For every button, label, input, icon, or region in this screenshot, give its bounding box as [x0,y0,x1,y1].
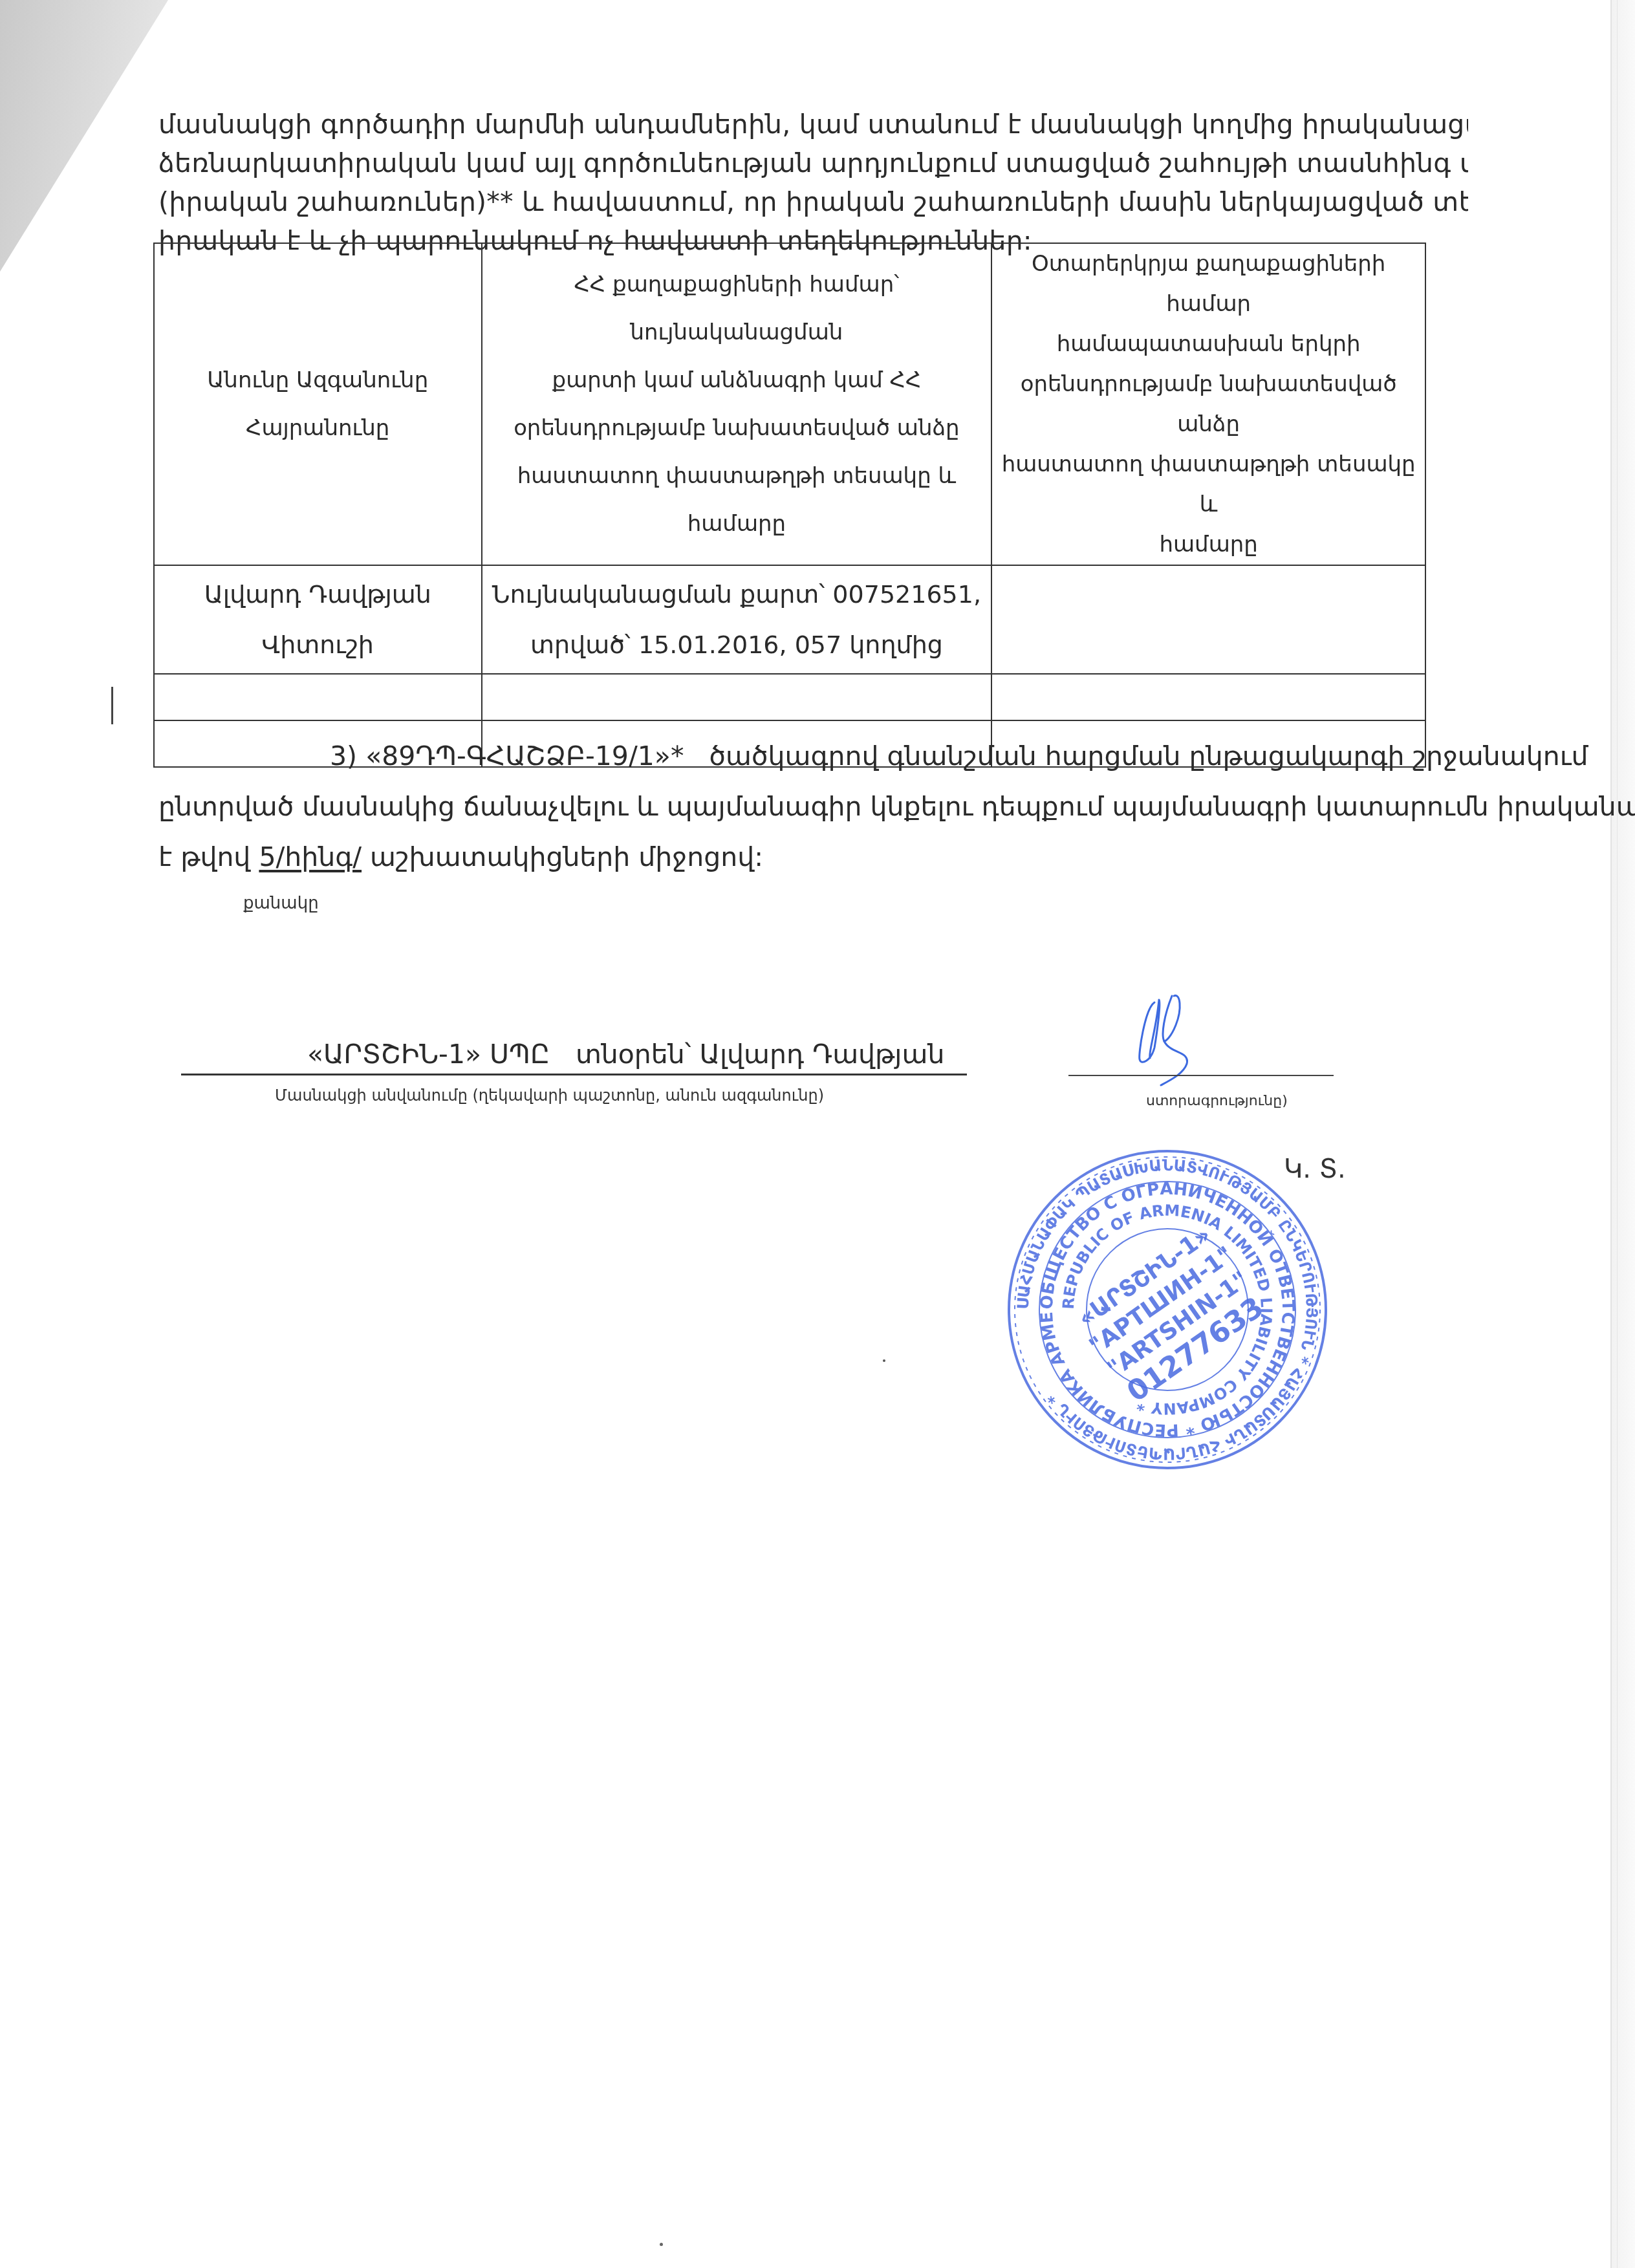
item-3-line-3: է թվով 5/հինգ/ աշխատակիցների միջոցով: [158,832,1468,882]
scan-speck [660,2243,663,2246]
cell-text: Նույնականացման քարտ՝ 007521651, [492,569,982,620]
item-3-line-1: 3) «89ԴՊ-ԳՀԱՇՁԲ-19/1»* ծածկագրով գնանշմա… [158,731,1468,781]
table-header-row: Անունը Ազգանունը Հայրանունը ՀՀ քաղաքացին… [154,243,1425,565]
signature-line [1068,1075,1334,1076]
company-name: «ԱՐՏՇԻՆ-1» ՍՊԸ [307,1039,550,1070]
handwritten-signature [1125,989,1229,1086]
header-text: համարը [1001,524,1416,565]
cell-am-document: Նույնականացման քարտ՝ 007521651, տրված՝ 1… [482,565,992,674]
header-text: ՀՀ քաղաքացիների համար՝ նույնականացման [492,261,982,356]
signature-caption: ստորագրությունը) [1146,1093,1288,1109]
director-name: տնօրեն՝ Ալվարդ Դավթյան [576,1039,944,1070]
header-text: օրենսդրությամբ նախատեսված անձը [1001,364,1416,444]
cell-name [154,674,482,720]
table-row: Ալվարդ Դավթյան Վիտուշի Նույնականացման քա… [154,565,1425,674]
header-foreign-document: Օտարերկրյա քաղաքացիների համար համապատասխ… [991,243,1425,565]
participant-name-line [181,1074,967,1075]
item-number: 3) [330,740,357,772]
header-text: հաստատող փաստաթղթի տեսակը և [1001,444,1416,524]
header-text: հաստատող փաստաթղթի տեսակը և համարը [492,452,982,548]
header-text: համապատասխան երկրի [1001,324,1416,364]
cell-name: Ալվարդ Դավթյան Վիտուշի [154,565,482,674]
cell-text: Վիտուշի [164,620,472,670]
paragraph-line: ձեռնարկատիրական կամ այլ գործունեության ա… [158,144,1468,182]
header-text: Անունը Ազգանունը [164,356,472,404]
paragraph-line: մասնակցի գործադիր մարմնի անդամներին, կամ… [158,105,1468,144]
cell-text: Ալվարդ Դավթյան [164,569,472,620]
item-text: աշխատակիցների միջոցով: [370,841,763,872]
tender-code: «89ԴՊ-ԳՀԱՇՁԲ-19/1»* [365,740,684,772]
cell-text: տրված՝ 15.01.2016, 057 կողմից [492,620,982,670]
cell-am-document [482,674,992,720]
table-row [154,674,1425,720]
cell-foreign-document [991,674,1425,720]
item-text: ծածկագրով գնանշման հարցման ընթացակարգի շ… [709,740,1588,772]
page-edge [1610,0,1635,2268]
participant-name: «ԱՐՏՇԻՆ-1» ՍՊԸտնօրեն՝ Ալվարդ Դավթյան [307,1039,944,1070]
margin-mark [111,687,113,724]
header-text: քարտի կամ անձնագրի կամ ՀՀ [492,356,982,404]
scan-speck [883,1359,885,1362]
count-caption: քանակը [243,894,319,913]
item-3-paragraph: 3) «89ԴՊ-ԳՀԱՇՁԲ-19/1»* ծածկագրով գնանշմա… [158,731,1468,882]
header-text: Հայրանունը [164,404,472,452]
item-3-line-2: ընտրված մասնակից ճանաչվելու և պայմանագիր… [158,781,1468,832]
company-seal: ՍԱՀՄԱՆԱՓԱԿ ՊԱՏԱՍԽԱՆԱՏՎՈՒԹՅԱՄԲ ԸՆԿԵՐՈՒԹՅՈ… [1006,1148,1329,1471]
participant-caption: Մասնակցի անվանումը (ղեկավարի պաշտոնը, ան… [275,1086,824,1105]
cell-foreign-document [991,565,1425,674]
beneficial-owners-table: Անունը Ազգանունը Հայրանունը ՀՀ քաղաքացին… [153,243,1426,768]
paragraph-line: (իրական շահառուներ)** և հավաստում, որ իր… [158,182,1468,221]
folded-corner [0,0,168,272]
intro-paragraph: մասնակցի գործադիր մարմնի անդամներին, կամ… [158,105,1468,260]
header-text: օրենսդրությամբ նախատեսված անձը [492,404,982,452]
item-text: է թվով [158,841,250,872]
header-name: Անունը Ազգանունը Հայրանունը [154,243,482,565]
header-text: Օտարերկրյա քաղաքացիների համար [1001,244,1416,324]
employee-count: 5/հինգ/ [259,841,362,872]
header-am-document: ՀՀ քաղաքացիների համար՝ նույնականացման քա… [482,243,992,565]
